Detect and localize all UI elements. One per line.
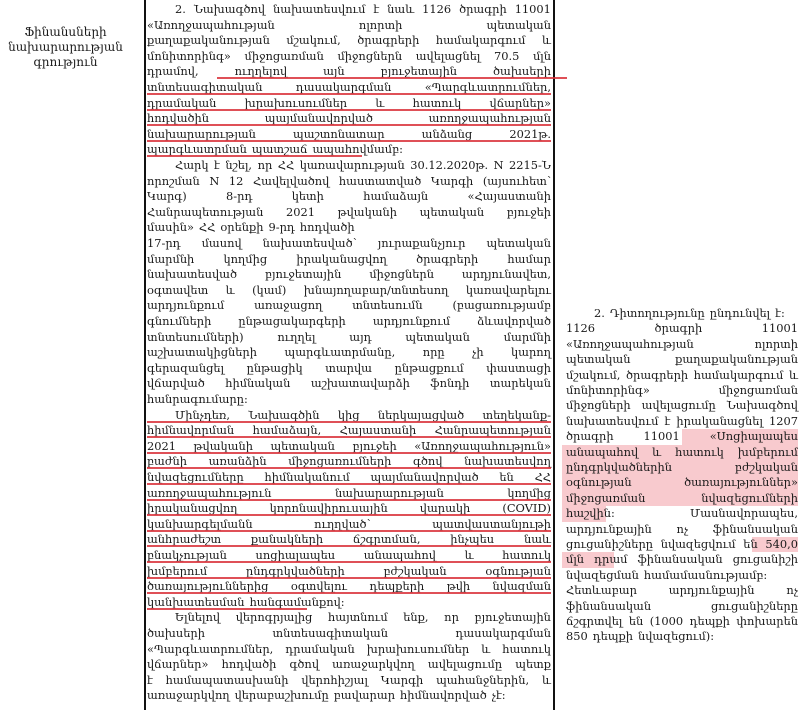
red-underline: [147, 577, 551, 579]
text-line: արդյունքայինոչֆինանսական: [566, 522, 798, 537]
text-line: անապահովևհատուկխմբերում: [566, 445, 798, 460]
red-underline: [147, 545, 551, 547]
text-line: Հարկէնշել,որՀՀկառավարության30.12.2020թ.N…: [147, 158, 551, 173]
text-line: մասին»ՀՀօրենքի9-րդհոդվածի: [147, 220, 551, 235]
red-underline: [147, 483, 551, 485]
text-line: 17-րդմասովնախատեսված՝յուրաքանչյուրպետակա…: [147, 236, 551, 251]
red-underline: [147, 452, 551, 454]
text-line: 2.Նախագծովնախատեսվումէնաև1126ծրագրի11001: [147, 2, 551, 17]
red-underline: [147, 592, 551, 594]
text-line: նախատեսվումէիրականացնել1207: [566, 414, 798, 429]
red-underline: [147, 155, 362, 157]
red-underline: [147, 561, 551, 563]
text-line: առաջարկվողվերաբաշխումըբավարարհիմնավորված…: [147, 688, 551, 703]
text-line: մլնդրամֆինանսականցուցանիշի: [566, 552, 798, 567]
column-divider-right: [553, 0, 555, 710]
text-line: ծրագրի11001«Սոցիալապես: [566, 429, 798, 444]
text-line: 1126ծրագրի11001: [566, 321, 798, 336]
text-line: վճարներ»հոդվածիգծովառաջարկվողավելացումըպ…: [147, 657, 551, 672]
text-line: ծախսերիտնտեսագիտականդասակարգման: [147, 626, 551, 641]
text-line: մոնիտորինգ»միջոցառման: [566, 383, 798, 398]
text-line: «Առողջապահությանոլորտի: [566, 337, 798, 352]
red-underline: [147, 467, 551, 469]
text-line: օգնությանծառայություններ»: [566, 475, 798, 490]
red-underline: [147, 530, 551, 532]
text-line: մոնիտորինգ»միջոցառմանմիջոցներնավելացնել7…: [147, 49, 551, 64]
red-underline: [147, 109, 551, 111]
text-line: հանրագումարը:: [147, 392, 551, 407]
text-line: 2.Դիտողությունըընդունվելէ:: [566, 306, 798, 321]
text-line: նախատեսվածբյուջետայինմիջոցներնարդյունավե…: [147, 267, 551, 282]
text-line: ցուցանիշներընվազեցվումեն540,0: [566, 537, 798, 552]
text-line: մարմնիկողմիցիրականացվողծրագրերիհամար: [147, 252, 551, 267]
text-line: ճշգրտվելեն(1000դեպքիփոխարեն: [566, 614, 798, 629]
text-line: պետականքաղաքականության: [566, 352, 798, 367]
red-underline: [147, 93, 551, 95]
text-line: գնումներիընթացակարգերիարդյունքումձևավորվ…: [147, 314, 551, 329]
red-underline: [217, 77, 567, 79]
text-line: օգտավետև(կամ)խնայողաբար/տնտեսողկառավարել…: [147, 283, 551, 298]
red-underline: [147, 514, 551, 516]
text-line: ընդգրկվածներինբժշկական: [566, 460, 798, 475]
organization-label: Ֆինանսների նախարարության գրություն: [8, 25, 123, 70]
text-line: 850դեպքինվազեցում):: [566, 629, 798, 644]
text-line: միջոցառմաննվազեցումների: [566, 491, 798, 506]
red-underline: [147, 421, 551, 423]
text-line: որոշմանN12ՀավելվածովհաստատվածԿարգի(այսու…: [147, 174, 551, 189]
text-line: Հետևաբարարդյունքայինոչ: [566, 583, 798, 598]
text-line: միջոցներիավելացումըՆախագծով: [566, 398, 798, 413]
text-line: արդյունքումառաջացողտնտեսումն(բացառությամ…: [147, 298, 551, 313]
text-line: Կարգ)8-րդկետիհամաձայն«Հայաստանի: [147, 189, 551, 204]
red-underline: [147, 124, 551, 126]
text-line: «Պարգևատրումներ,դրամականխրախուսումներևհա…: [147, 642, 551, 657]
text-line: մշակում,ծրագրերիհամակարգումև: [566, 368, 798, 383]
red-underline: [147, 140, 551, 142]
text-line: «Առողջապահությանոլորտիպետական: [147, 18, 551, 33]
text-line: գերազանցելընթացիկտարվաընթացքումփաստացի: [147, 361, 551, 376]
text-line: Հանրապետության2021թվականիպետականբյուջեի: [147, 205, 551, 220]
red-underline: [147, 436, 551, 438]
text-line: հաշվին:Մասնավորապես,: [566, 506, 798, 521]
text-line: քաղաքականությանմշակում,ծրագրերիհամակարգո…: [147, 33, 551, 48]
red-underline: [147, 499, 551, 501]
text-line: նվազեցմանհամամասնությամբ:: [566, 568, 798, 583]
text-line: վճարվածհիմնականաշխատավարձիֆոնդիտարեկան: [147, 376, 551, 391]
text-line: էհամապատասխանիվերոհիշյալԿարգիպահանջներին…: [147, 673, 551, 688]
text-line: Ելնելովվերոգրյալիցհայտնումենք,որբյուջետա…: [147, 610, 551, 625]
text-line: աշխատակիցներիպարգևատրմանը,որըչիկարող: [147, 345, 551, 360]
text-line: ֆինանսականցուցանիշները: [566, 599, 798, 614]
red-underline: [147, 608, 307, 610]
column-divider-left: [144, 0, 146, 710]
text-line: տնտեսումների)ուղղելայդպետականմարմնի: [147, 330, 551, 345]
